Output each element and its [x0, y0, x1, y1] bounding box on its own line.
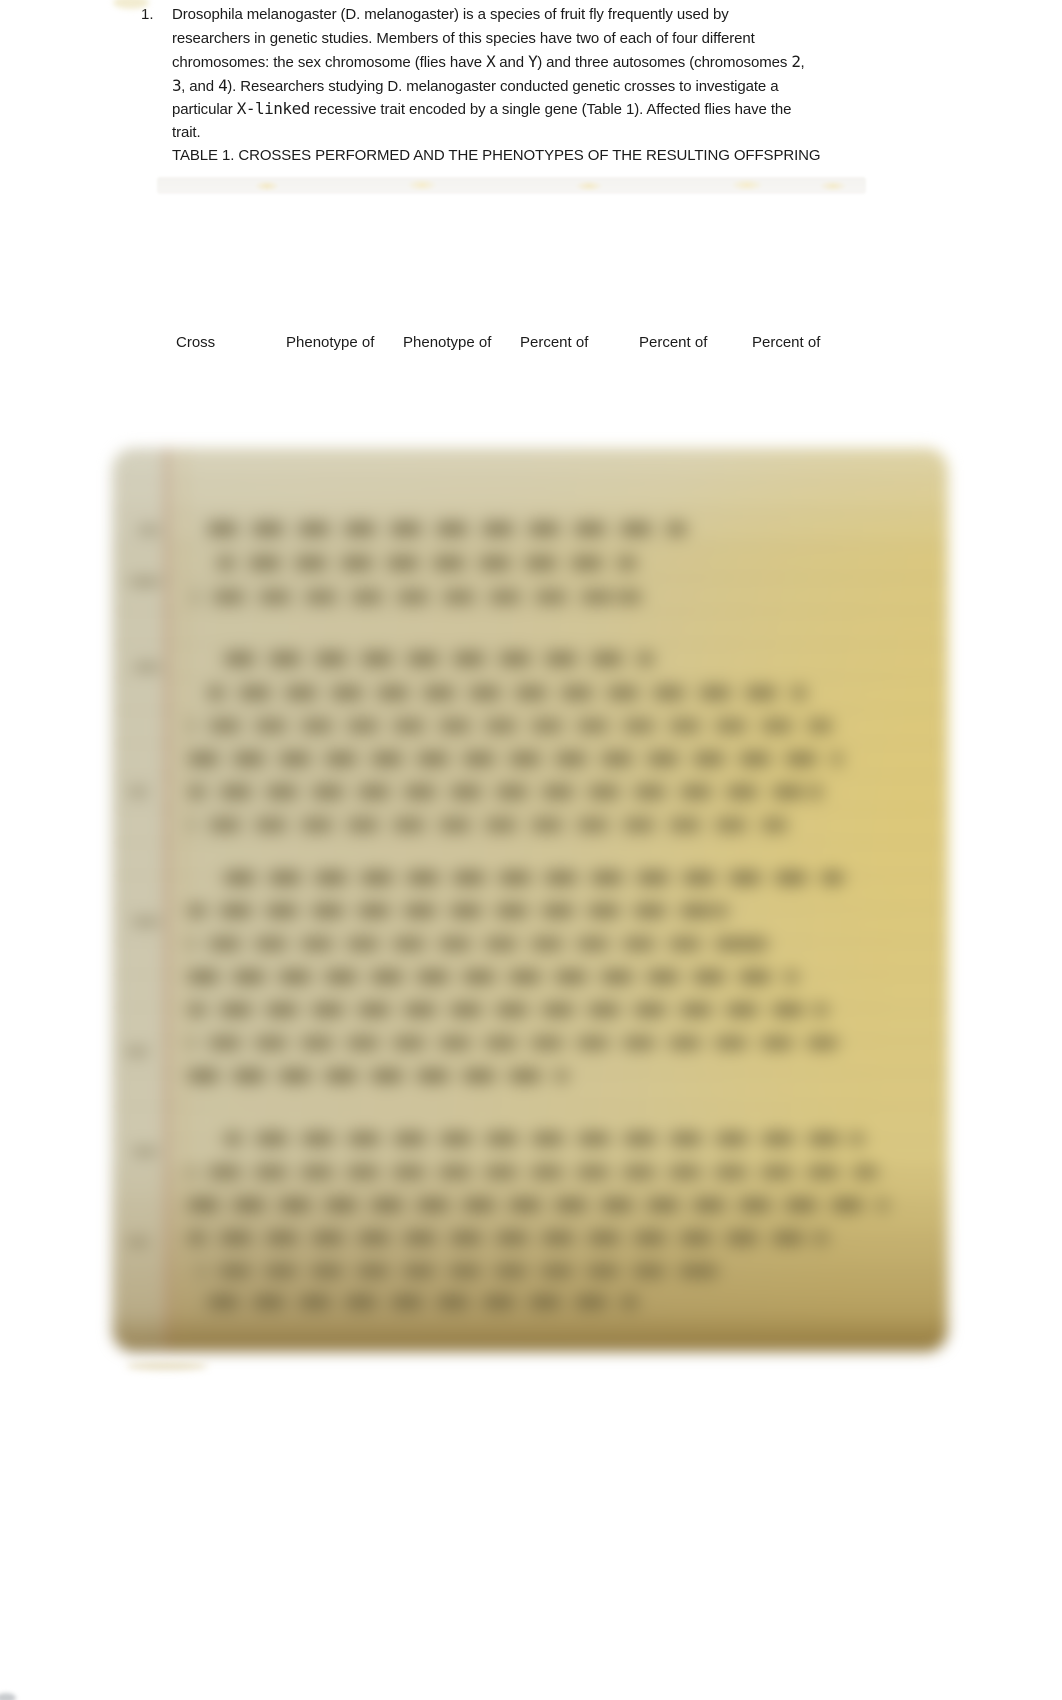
fallback-font-text: Y: [528, 52, 537, 71]
handwriting-line: [198, 1265, 718, 1277]
column-header: Percent of: [752, 334, 820, 352]
handwriting-line: [207, 523, 687, 535]
paragraph-line: researchers in genetic studies. Members …: [172, 27, 755, 51]
handwriting-line: [224, 1133, 864, 1145]
handwriting-line: [188, 905, 728, 917]
paragraph-line: particular X-linked recessive trait enco…: [172, 97, 791, 122]
handwriting-line: [192, 591, 642, 603]
handwriting-line: [188, 1037, 838, 1049]
column-header: Phenotype of: [286, 334, 374, 352]
body-text: ). Researchers studying D. melanogaster …: [227, 78, 778, 95]
body-text: recessive trait encoded by a single gene…: [310, 101, 792, 118]
handwriting-line: [207, 687, 807, 699]
body-text: , and: [181, 78, 218, 95]
scanned-notebook-image: [112, 448, 948, 1352]
paragraph-line: trait.: [172, 121, 201, 145]
handwriting-line: [188, 1004, 828, 1016]
margin-mark: [128, 788, 148, 796]
body-text: and: [495, 54, 528, 71]
handwriting-line: [217, 557, 637, 569]
column-header: Percent of: [639, 334, 707, 352]
body-text: TABLE 1. CROSSES PERFORMED AND THE PHENO…: [172, 147, 820, 164]
paragraph-line: 3, and 4). Researchers studying D. melan…: [172, 74, 778, 99]
handwriting-line: [188, 1199, 888, 1211]
handwriting-line: [188, 1166, 878, 1178]
handwriting-line: [188, 819, 788, 831]
margin-mark: [126, 1048, 148, 1056]
margin-mark: [132, 1148, 158, 1156]
margin-mark: [132, 918, 160, 926]
body-text: ) and three autosomes (chromosomes: [537, 54, 791, 71]
handwriting-line: [188, 938, 768, 950]
body-text: ,: [800, 54, 804, 71]
fallback-font-text: 3: [172, 76, 181, 95]
paragraph-line: Drosophila melanogaster (D. melanogaster…: [172, 3, 729, 27]
notebook-paper: [112, 448, 948, 1352]
handwriting-line: [224, 653, 654, 665]
body-text: trait.: [172, 124, 201, 141]
margin-mark: [134, 663, 160, 671]
bottom-left-corner-artifact: [0, 1693, 16, 1700]
margin-mark: [138, 526, 160, 534]
handwriting-line: [188, 971, 798, 983]
column-header: Phenotype of: [403, 334, 491, 352]
column-header: Percent of: [520, 334, 588, 352]
margin-mark: [128, 1238, 148, 1246]
column-header: Cross: [176, 334, 215, 352]
fallback-font-text: 4: [218, 76, 227, 95]
red-margin-line: [166, 448, 169, 1352]
table-caption: TABLE 1. CROSSES PERFORMED AND THE PHENO…: [172, 144, 820, 168]
handwriting-line: [208, 1296, 638, 1308]
below-scan-artifact: [126, 1362, 208, 1370]
body-text: chromosomes: the sex chromosome (flies h…: [172, 54, 486, 71]
handwriting-line: [188, 753, 843, 765]
page-bottom-shadow: [112, 1312, 948, 1352]
handwriting-line: [188, 786, 823, 798]
margin-mark: [130, 578, 160, 586]
margin-line-ghost: [183, 448, 186, 1352]
paragraph-line: chromosomes: the sex chromosome (flies h…: [172, 50, 805, 75]
body-text: researchers in genetic studies. Members …: [172, 30, 755, 47]
body-text: particular: [172, 101, 237, 118]
handwriting-line: [188, 720, 833, 732]
fallback-font-text: X: [486, 52, 495, 71]
fallback-font-text: X-linked: [237, 99, 310, 118]
table-header-row: CrossPhenotype ofPhenotype ofPercent ofP…: [0, 334, 1062, 354]
table-image-top-edge: [157, 177, 866, 194]
handwriting-line: [188, 1232, 828, 1244]
handwriting-line: [188, 1070, 568, 1082]
body-text: Drosophila melanogaster (D. melanogaster…: [172, 6, 729, 23]
handwriting-line: [224, 872, 844, 884]
